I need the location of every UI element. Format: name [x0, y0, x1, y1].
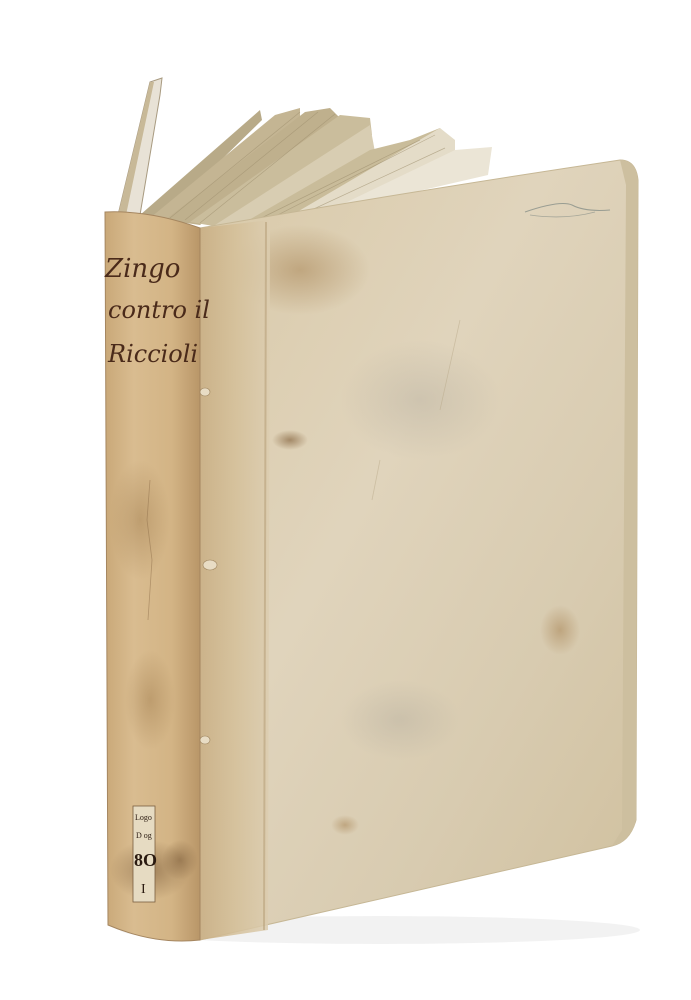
spine-title-line-2: contro il	[108, 296, 210, 324]
book-spine: Zingo contro il Riccioli Logo D og 8O I	[104, 212, 217, 941]
book-photo: Zingo contro il Riccioli Logo D og 8O I	[0, 0, 691, 1000]
spine-title-line-3: Riccioli	[107, 340, 198, 368]
label-line-3: 8O	[134, 850, 157, 870]
label-line-4: I	[141, 882, 146, 897]
spine-shelf-label: Logo D og 8O I	[133, 806, 157, 902]
cover-hinge	[200, 220, 270, 940]
label-line-2: D og	[136, 831, 152, 840]
spine-title-line-1: Zingo	[104, 254, 180, 284]
label-line-1: Logo	[135, 813, 152, 822]
